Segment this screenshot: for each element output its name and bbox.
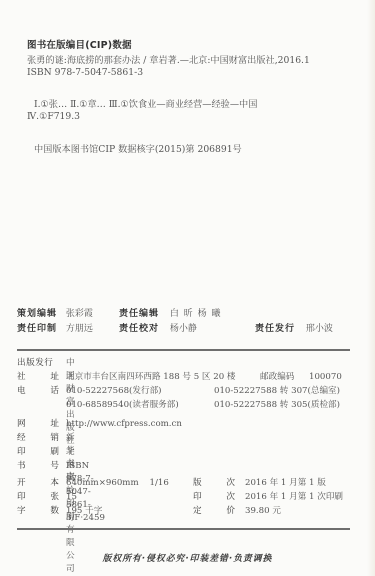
cip-classification-code: Ⅳ.①F719.3: [27, 111, 80, 122]
field-value: 195 千字: [66, 505, 102, 518]
copyright-notice: 版权所有·侵权必究·印装差错·负责调换: [0, 551, 375, 564]
staff-responsible-editor: 责任编辑 白 昕 杨 曦: [119, 306, 221, 319]
field-label: 社址: [17, 371, 59, 384]
staff-name: 杨小静: [170, 324, 197, 334]
field-label: 书号: [17, 460, 59, 473]
row-sheets: 印张 15 印次 2016 年 1 月第 1 次印刷: [17, 491, 357, 504]
field-value: 2016 年 1 月第 1 版: [245, 477, 326, 490]
field-label: 字数: [17, 505, 59, 518]
field-label: 印次: [193, 491, 235, 504]
staff-label: 责任印制: [17, 324, 57, 334]
row-phone: 电话 010-52227568(发行部) 010-52227588 转 307(…: [17, 385, 357, 398]
cip-title: 图书在版编目(CIP)数据: [27, 37, 132, 51]
postcode-label: 邮政编码: [260, 371, 294, 384]
row-address: 社址 北京市丰台区南四环西路 188 号 5 区 20 楼 邮政编码 10007…: [17, 371, 357, 384]
staff-name: 方朋远: [66, 324, 93, 334]
staff-distribution: 责任发行 邢小波: [255, 321, 333, 334]
cip-isbn: ISBN 978-7-5047-5861-3: [27, 67, 143, 78]
field-value: 010-52227568(发行部): [66, 385, 162, 398]
field-label: 电话: [17, 385, 59, 398]
staff-printing: 责任印制 方朋远: [17, 321, 93, 334]
staff-name: 邢小波: [306, 324, 333, 334]
postcode-value: 100070: [309, 371, 342, 384]
divider-bottom: [17, 528, 350, 530]
row-words: 字数 195 千字 定价 39.80 元: [17, 505, 357, 518]
field-value: 39.80 元: [245, 505, 281, 518]
field-label: 出版发行: [17, 357, 53, 370]
field-value: 010-52227588 转 305(质检部): [214, 399, 340, 412]
field-label: 版次: [193, 477, 235, 490]
staff-label: 责任编辑: [119, 309, 159, 319]
cip-book-info: 张勇的谜:海底捞的那套办法 / 章岩著.—北京:中国财富出版社,2016.1: [27, 52, 310, 66]
field-label: 印张: [17, 491, 59, 504]
website-link[interactable]: http://www.cfpress.com.cn: [66, 418, 182, 431]
field-label: 网址: [17, 418, 59, 431]
staff-label: 策划编辑: [17, 309, 57, 319]
field-value: 640mm×960mm 1/16: [66, 477, 169, 490]
staff-name: 张彩霞: [66, 309, 93, 319]
staff-label: 责任发行: [255, 324, 295, 334]
field-label: 定价: [193, 505, 235, 518]
row-distributor: 经销 新华书店: [17, 432, 59, 445]
row-website: 网址 http://www.cfpress.com.cn: [17, 418, 59, 431]
row-phone-2: 010-68589540(读者服务部) 010-52227588 转 305(质…: [17, 399, 357, 412]
field-value: 15: [66, 491, 77, 504]
row-format: 开本 640mm×960mm 1/16 版次 2016 年 1 月第 1 版: [17, 477, 357, 490]
staff-proofreading: 责任校对 杨小静: [119, 321, 197, 334]
cip-record-number: 中国版本图书馆CIP 数据核字(2015)第 206891号: [34, 141, 242, 155]
copyright-page: 图书在版编目(CIP)数据 张勇的谜:海底捞的那套办法 / 章岩著.—北京:中国…: [0, 0, 375, 576]
field-label: 印刷: [17, 446, 59, 459]
field-value: 010-52227588 转 307(总编室): [214, 385, 340, 398]
field-value: 2016 年 1 月第 1 次印刷: [245, 491, 343, 504]
field-value: 北京市丰台区南四环西路 188 号 5 区 20 楼: [66, 371, 236, 384]
field-label: 经销: [17, 432, 59, 445]
row-printer: 印刷 北京高岭印刷有限公司: [17, 446, 59, 459]
field-label: 开本: [17, 477, 59, 490]
staff-planning-editor: 策划编辑 张彩霞: [17, 306, 93, 319]
row-isbn: 书号 ISBN 978-7-5047-5861-3/F·2459: [17, 460, 59, 473]
field-value: 010-68589540(读者服务部): [66, 399, 179, 412]
staff-name: 白 昕 杨 曦: [170, 309, 222, 319]
page-edge-shadow: [367, 0, 375, 576]
staff-label: 责任校对: [119, 324, 159, 334]
cip-classification: Ⅰ.①张… Ⅱ.①章… Ⅲ.①饮食业—商业经营—经验—中国: [34, 96, 257, 110]
divider-top: [17, 349, 350, 351]
row-publisher: 出版发行 中国财富出版社: [17, 357, 53, 370]
